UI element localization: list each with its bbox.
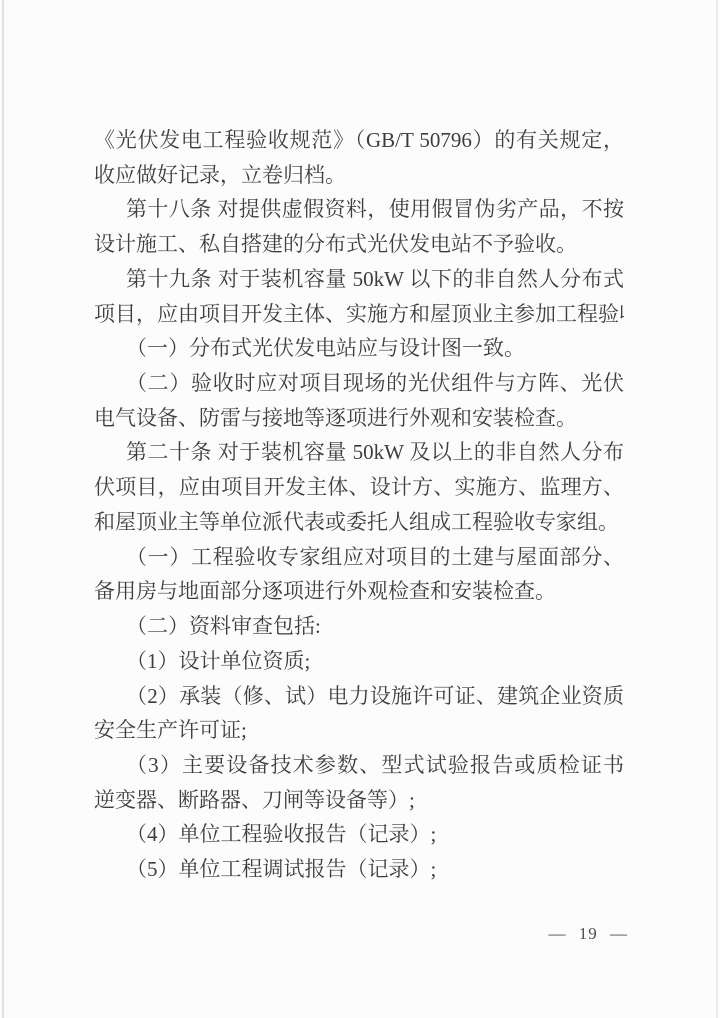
text-line: 和屋顶业主等单位派代表或委托人组成工程验收专家组。	[94, 505, 624, 540]
text-line: （一）分布式光伏发电站应与设计图一致。	[94, 331, 624, 366]
document-body: 《光伏发电工程验收规范》（GB/T 50796）的有关规定，所有验收应做好记录，…	[94, 123, 624, 887]
text-line: 第二十条 对于装机容量 50kW 及以上的非自然人分布式光	[94, 435, 624, 470]
text-line: 第十八条 对提供虚假资料，使用假冒伪劣产品，不按规范	[94, 192, 624, 227]
text-line: 安全生产许可证;	[94, 713, 624, 748]
scanned-document-page: 《光伏发电工程验收规范》（GB/T 50796）的有关规定，所有验收应做好记录，…	[0, 0, 720, 1018]
text-line: （3）主要设备技术参数、型式试验报告或质检证书（包括	[94, 748, 624, 783]
text-line: 项目，应由项目开发主体、实施方和屋顶业主参加工程验收。	[94, 297, 624, 332]
text-line: 《光伏发电工程验收规范》（GB/T 50796）的有关规定，所有验	[94, 123, 624, 158]
text-line: 逆变器、断路器、刀闸等设备等）;	[94, 783, 624, 818]
page-number: — 19 —	[549, 924, 629, 944]
text-line: （二）资料审查包括:	[94, 609, 624, 644]
text-line: 收应做好记录，立卷归档。	[94, 158, 624, 193]
page-left-edge	[2, 0, 4, 1018]
text-line: 第十九条 对于装机容量 50kW 以下的非自然人分布式光伏	[94, 262, 624, 297]
text-line: 设计施工、私自搭建的分布式光伏发电站不予验收。	[94, 227, 624, 262]
page-right-edge	[716, 0, 718, 1018]
text-line: （2）承装（修、试）电力设施许可证、建筑企业资质证书、	[94, 679, 624, 714]
text-line: 伏项目，应由项目开发主体、设计方、实施方、监理方、运维方	[94, 470, 624, 505]
text-line: （一）工程验收专家组应对项目的土建与屋面部分、电气设	[94, 540, 624, 575]
text-line: 备用房与地面部分逐项进行外观检查和安装检查。	[94, 574, 624, 609]
text-line: （4）单位工程验收报告（记录）;	[94, 817, 624, 852]
text-line: （5）单位工程调试报告（记录）;	[94, 852, 624, 887]
text-line: （1）设计单位资质;	[94, 644, 624, 679]
text-line: （二）验收时应对项目现场的光伏组件与方阵、光伏支架、	[94, 366, 624, 401]
text-line: 电气设备、防雷与接地等逐项进行外观和安装检查。	[94, 401, 624, 436]
